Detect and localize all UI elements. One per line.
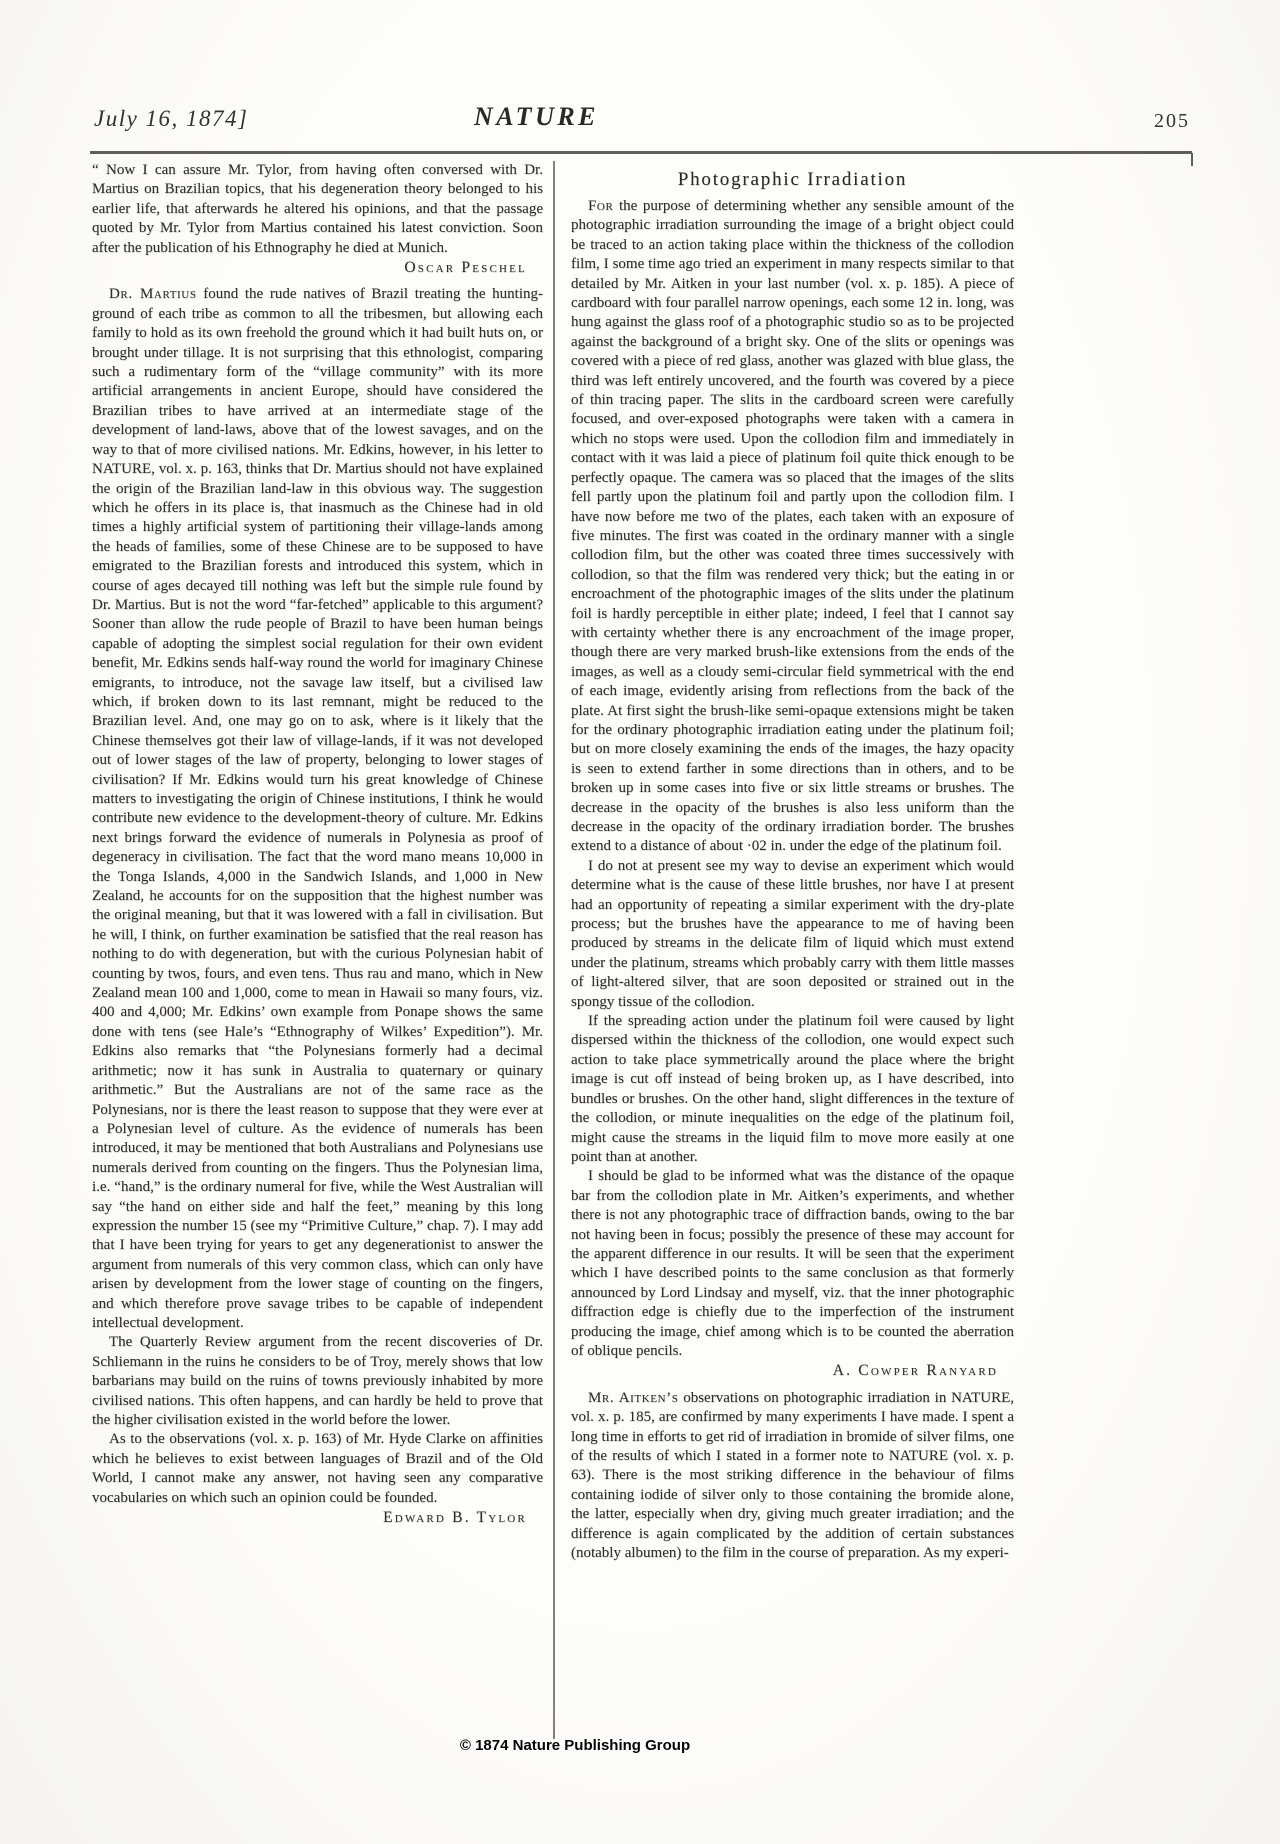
- paragraph-quarterly-review: The Quarterly Review argument from the r…: [92, 1333, 543, 1430]
- copyright-footer: © 1874 Nature Publishing Group: [92, 1737, 1014, 1754]
- paragraph-spreading-action: If the spreading action under the platin…: [571, 1012, 1014, 1167]
- page-number: 205: [1154, 110, 1190, 133]
- paragraph-peschel-letter: “ Now I can assure Mr. Tylor, from havin…: [92, 161, 543, 258]
- paragraph-text: observations on photographic irradiation…: [571, 1390, 1014, 1561]
- paragraph-hyde-clarke: As to the observations (vol. x. p. 163) …: [92, 1430, 543, 1508]
- signature-tylor: Edward B. Tylor: [92, 1508, 543, 1527]
- paragraph-text: I should be glad to be informed what was…: [571, 1168, 1014, 1359]
- header-date: July 16, 1874]: [94, 106, 249, 132]
- paragraph-lead: For: [588, 198, 613, 214]
- paragraph-aitken-confirmation: Mr. Aitken’s observations on photographi…: [571, 1389, 1014, 1564]
- text-columns: “ Now I can assure Mr. Tylor, from havin…: [92, 161, 1014, 1739]
- paragraph-text: found the rude natives of Brazil treatin…: [92, 286, 543, 1331]
- journal-title: NATURE: [474, 102, 599, 132]
- signature-peschel: Oscar Peschel: [92, 258, 543, 277]
- paragraph-tylor-reply: Dr. Martius found the rude natives of Br…: [92, 285, 543, 1333]
- journal-page-scan: July 16, 1874] NATURE 205 “ Now I can as…: [0, 0, 1280, 1844]
- paragraph-conclusion: I should be glad to be informed what was…: [571, 1167, 1014, 1361]
- paragraph-lead: Dr. Martius: [109, 286, 197, 302]
- page-header: July 16, 1874] NATURE 205: [92, 98, 1192, 146]
- paragraph-lead: Mr. Aitken’s: [588, 1390, 678, 1406]
- paragraph-text: the purpose of determining whether any s…: [571, 198, 1014, 854]
- paragraph-brushes-cause: I do not at present see my way to devise…: [571, 857, 1014, 1012]
- right-column: Photographic Irradiation For the purpose…: [553, 161, 1014, 1739]
- paragraph-experiment: For the purpose of determining whether a…: [571, 197, 1014, 857]
- paragraph-text: I do not at present see my way to devise…: [571, 858, 1014, 1010]
- paragraph-text: The Quarterly Review argument from the r…: [92, 1334, 543, 1428]
- article-title: Photographic Irradiation: [571, 168, 1014, 191]
- header-rule: [90, 151, 1192, 154]
- paragraph-text: If the spreading action under the platin…: [571, 1013, 1014, 1165]
- signature-ranyard: A. Cowper Ranyard: [571, 1361, 1014, 1380]
- paragraph-text: As to the observations (vol. x. p. 163) …: [92, 1431, 543, 1505]
- copyright-text: © 1874 Nature Publishing Group: [460, 1737, 690, 1754]
- paragraph-text: “ Now I can assure Mr. Tylor, from havin…: [92, 162, 543, 256]
- left-column: “ Now I can assure Mr. Tylor, from havin…: [92, 161, 553, 1527]
